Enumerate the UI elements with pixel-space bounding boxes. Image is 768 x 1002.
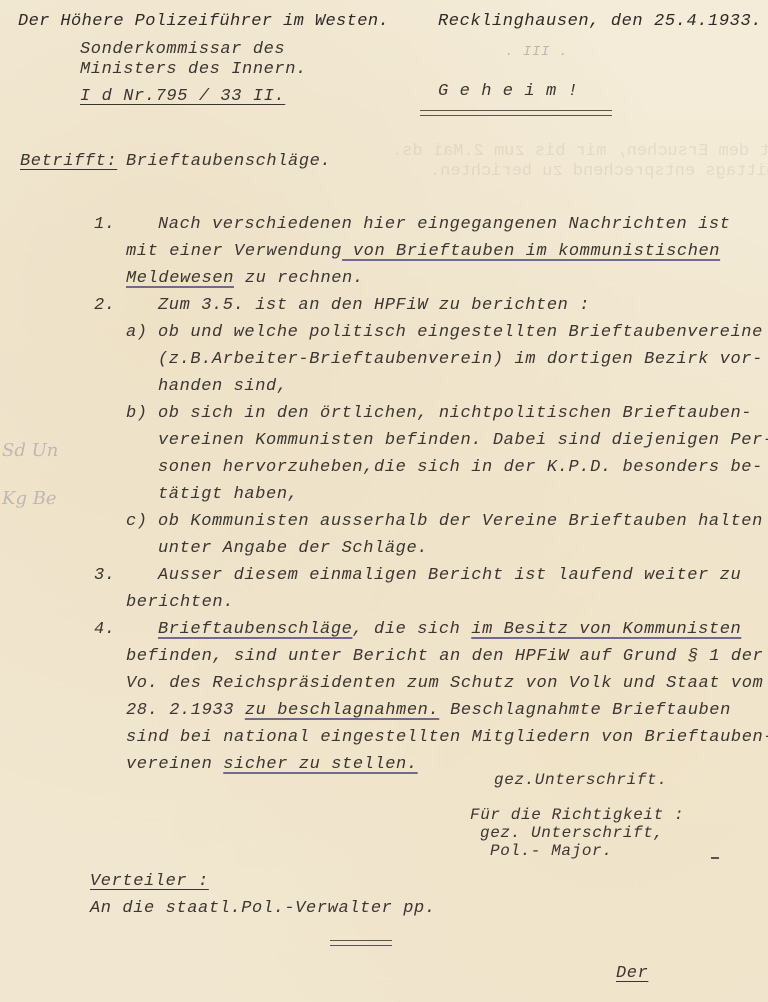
item-1-line-2-plain: mit einer Verwendung	[126, 242, 342, 261]
bleed-through-text-2: vormittags entsprechend zu berichten.	[430, 162, 768, 181]
item-4-line-1-mid: , die sich	[352, 620, 471, 639]
margin-note-2: Kg Be	[2, 488, 57, 509]
distribution-label: Verteiler :	[90, 872, 209, 892]
sender-line-3: Ministers des Innern.	[80, 60, 307, 80]
continuation-word: Der	[612, 964, 654, 984]
dash-mark	[711, 857, 719, 859]
item-2c-line-2: unter Angabe der Schläge.	[158, 539, 428, 559]
item-2b-line-1: ob sich in den örtlichen, nichtpolitisch…	[158, 404, 752, 424]
sender-line-2: Sonderkommissar des	[80, 40, 285, 60]
item-1-number: 1.	[94, 215, 116, 235]
item-2a-label: a)	[126, 323, 148, 343]
margin-note-1: Sd Un	[2, 440, 58, 461]
signed-line-2: gez. Unterschrift,	[480, 824, 664, 842]
item-1-line-1: Nach verschiedenen hier eingegangenen Na…	[158, 215, 731, 235]
classification-secret: G e h e i m !	[438, 82, 578, 102]
item-4-line-4-rest: Beschlagnahmte Brieftauben	[439, 701, 731, 720]
item-4-number: 4.	[94, 620, 116, 640]
item-1-line-3: Meldewesen zu rechnen.	[126, 269, 364, 289]
item-2c-label: c)	[126, 512, 148, 532]
item-2c-line-1: ob Kommunisten ausserhalb der Vereine Br…	[158, 512, 763, 532]
item-4-line-4: 28. 2.1933 zu beschlagnahmen. Beschlagna…	[126, 701, 731, 721]
item-4-line-5: sind bei national eingestellten Mitglied…	[126, 728, 768, 748]
item-2a-line-1: ob und welche politisch eingestellten Br…	[158, 323, 763, 343]
certified-line: Für die Richtigkeit :	[470, 806, 684, 824]
faint-stamp: . III .	[505, 42, 568, 62]
item-2b-line-2: vereinen Kommunisten befinden. Dabei sin…	[158, 431, 768, 451]
item-4-line-3: Vo. des Reichspräsidenten zum Schutz von…	[126, 674, 763, 694]
subject-label: Betrifft:	[10, 152, 117, 172]
signed-line: gez.Unterschrift.	[494, 770, 667, 790]
double-rule	[420, 110, 612, 116]
item-4-line-4-plain: 28. 2.1933	[126, 701, 245, 720]
reference-number: I d Nr.795 / 33 II.	[62, 87, 303, 107]
sender-line-1: Der Höhere Polizeiführer im Westen.	[18, 12, 389, 32]
closing-double-rule	[330, 940, 392, 946]
item-4-line-6-plain: vereinen	[126, 755, 223, 774]
item-2-number: 2.	[94, 296, 116, 316]
item-2-intro: Zum 3.5. ist an den HPFiW zu berichten :	[158, 296, 590, 316]
item-4-line-2: befinden, sind unter Bericht an den HPFi…	[126, 647, 763, 667]
item-2b-line-4: tätigt haben,	[158, 485, 298, 505]
item-1-line-2: mit einer Verwendung von Brieftauben im …	[126, 242, 720, 262]
bleed-through-text-1: Abschrift mit dem Ersuchen, mir bis zum …	[392, 142, 768, 161]
item-3-line-2: berichten.	[126, 593, 234, 613]
place-and-date: Recklinghausen, den 25.4.1933.	[438, 12, 762, 32]
item-2b-line-3: sonen hervorzuheben,die sich in der K.P.…	[158, 458, 763, 478]
item-1-line-3-plain: zu rechnen.	[234, 269, 364, 288]
rank-line: Pol.- Major.	[490, 842, 612, 860]
document-page: Abschrift mit dem Ersuchen, mir bis zum …	[0, 0, 768, 1002]
item-4-underlined-1: Brieftaubenschläge	[158, 620, 352, 639]
item-4-line-4-underlined: zu beschlagnahmen.	[245, 701, 439, 720]
item-2a-line-2: (z.B.Arbeiter-Brieftaubenverein) im dort…	[158, 350, 763, 370]
item-1-line-2-underlined: von Brieftauben im kommunistischen	[342, 242, 720, 261]
item-4-line-1: Brieftaubenschläge, die sich im Besitz v…	[158, 620, 741, 640]
subject-value: Brieftaubenschläge.	[126, 152, 331, 172]
item-1-line-3-underlined: Meldewesen	[126, 269, 234, 288]
item-4-underlined-2: im Besitz von Kommunisten	[471, 620, 741, 639]
item-4-line-6: vereinen sicher zu stellen.	[126, 755, 418, 775]
item-3-number: 3.	[94, 566, 116, 586]
item-3-line-1: Ausser diesem einmaligen Bericht ist lau…	[158, 566, 741, 586]
item-2a-line-3: handen sind,	[158, 377, 288, 397]
item-2b-label: b)	[126, 404, 148, 424]
distribution-recipient: An die staatl.Pol.-Verwalter pp.	[90, 899, 436, 919]
item-4-line-6-underlined: sicher zu stellen.	[223, 755, 417, 774]
